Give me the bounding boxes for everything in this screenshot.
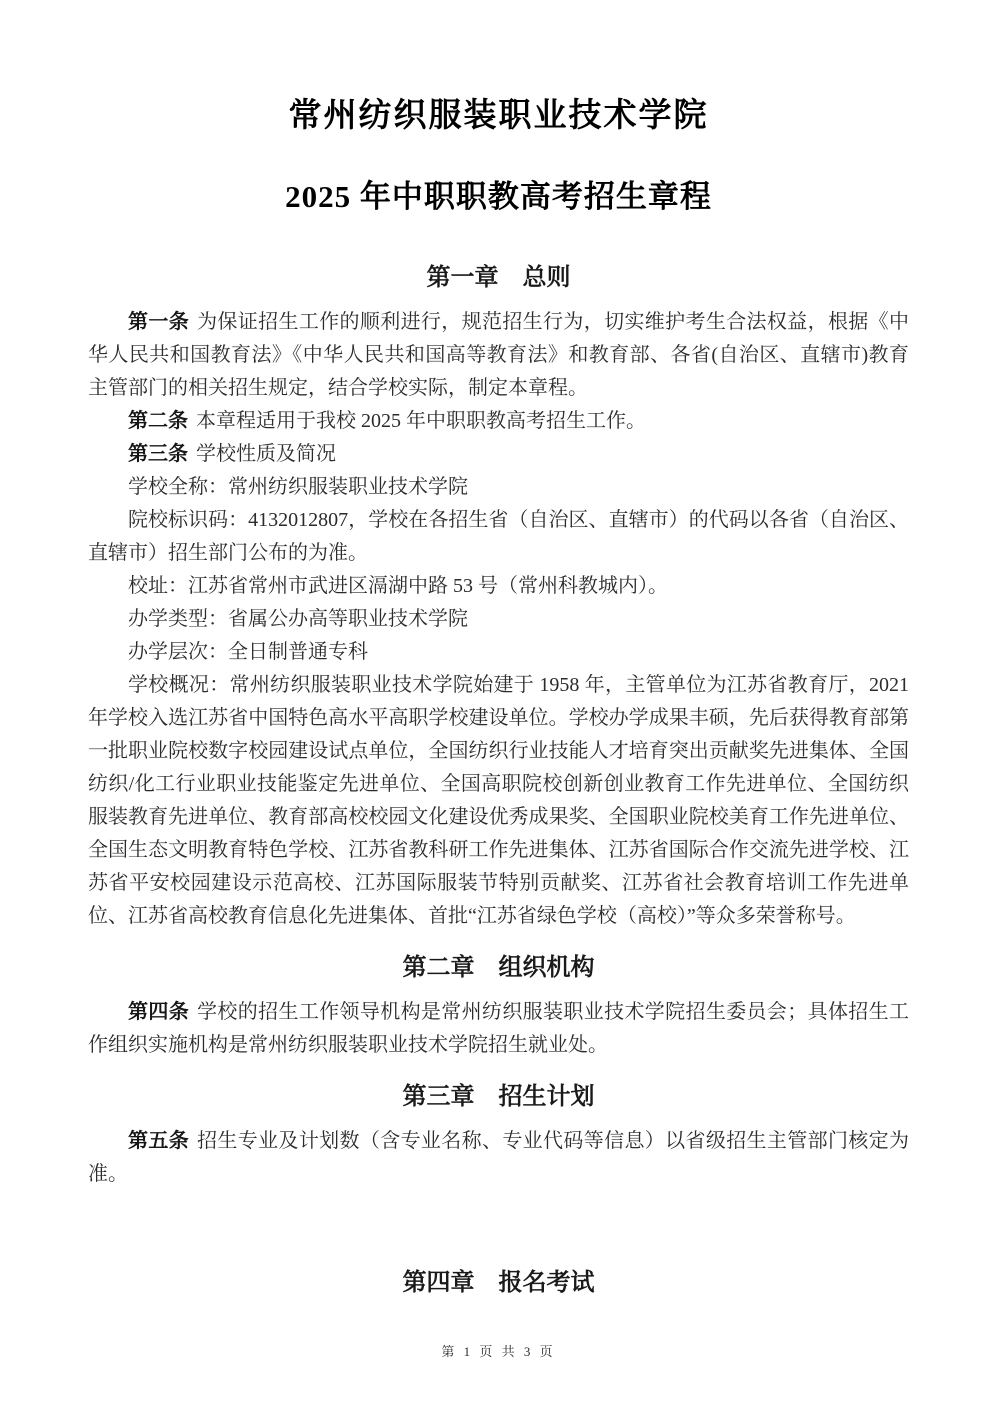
article-2-label: 第二条 xyxy=(128,410,188,432)
school-code-line: 院校标识码：4132012807，学校在各招生省（自治区、直辖市）的代码以各省（… xyxy=(88,504,909,570)
article-1-paragraph: 第一条为保证招生工作的顺利进行，规范招生行为，切实维护考生合法权益，根据《中华人… xyxy=(88,306,909,405)
article-1-text: 为保证招生工作的顺利进行，规范招生行为，切实维护考生合法权益，根据《中华人民共和… xyxy=(88,311,909,399)
article-4-text: 学校的招生工作领导机构是常州纺织服装职业技术学院招生委员会；具体招生工作组织实施… xyxy=(88,1001,909,1056)
school-level-line: 办学层次：全日制普通专科 xyxy=(88,636,909,669)
chapter-2-heading: 第二章 组织机构 xyxy=(88,954,909,982)
school-overview-paragraph: 学校概况：常州纺织服装职业技术学院始建于 1958 年，主管单位为江苏省教育厅，… xyxy=(88,669,909,933)
school-name-line: 学校全称：常州纺织服装职业技术学院 xyxy=(88,471,909,504)
article-4-label: 第四条 xyxy=(128,1001,189,1023)
article-3-paragraph: 第三条学校性质及简况 xyxy=(88,438,909,471)
address-line: 校址：江苏省常州市武进区滆湖中路 53 号（常州科教城内）。 xyxy=(88,570,909,603)
article-2-text: 本章程适用于我校 2025 年中职职教高考招生工作。 xyxy=(196,410,646,432)
article-4-paragraph: 第四条学校的招生工作领导机构是常州纺织服装职业技术学院招生委员会；具体招生工作组… xyxy=(88,996,909,1062)
page-number-footer: 第 1 页 共 3 页 xyxy=(0,1341,997,1360)
school-type-line: 办学类型：省属公办高等职业技术学院 xyxy=(88,603,909,636)
article-3-text: 学校性质及简况 xyxy=(196,443,336,465)
article-1-label: 第一条 xyxy=(128,311,189,333)
doc-subtitle: 2025 年中职职教高考招生章程 xyxy=(88,180,909,214)
article-5-text: 招生专业及计划数（含专业名称、专业代码等信息）以省级招生主管部门核定为准。 xyxy=(88,1130,909,1185)
article-2-paragraph: 第二条本章程适用于我校 2025 年中职职教高考招生工作。 xyxy=(88,405,909,438)
article-3-label: 第三条 xyxy=(128,443,188,465)
chapter-4-heading: 第四章 报名考试 xyxy=(88,1269,909,1297)
document-page: 常州纺织服装职业技术学院 2025 年中职职教高考招生章程 第一章 总则 第一条… xyxy=(0,0,997,1406)
doc-title: 常州纺织服装职业技术学院 xyxy=(88,98,909,134)
article-5-label: 第五条 xyxy=(128,1130,189,1152)
article-5-paragraph: 第五条招生专业及计划数（含专业名称、专业代码等信息）以省级招生主管部门核定为准。 xyxy=(88,1125,909,1191)
chapter-3-heading: 第三章 招生计划 xyxy=(88,1083,909,1111)
chapter-1-heading: 第一章 总则 xyxy=(88,264,909,292)
